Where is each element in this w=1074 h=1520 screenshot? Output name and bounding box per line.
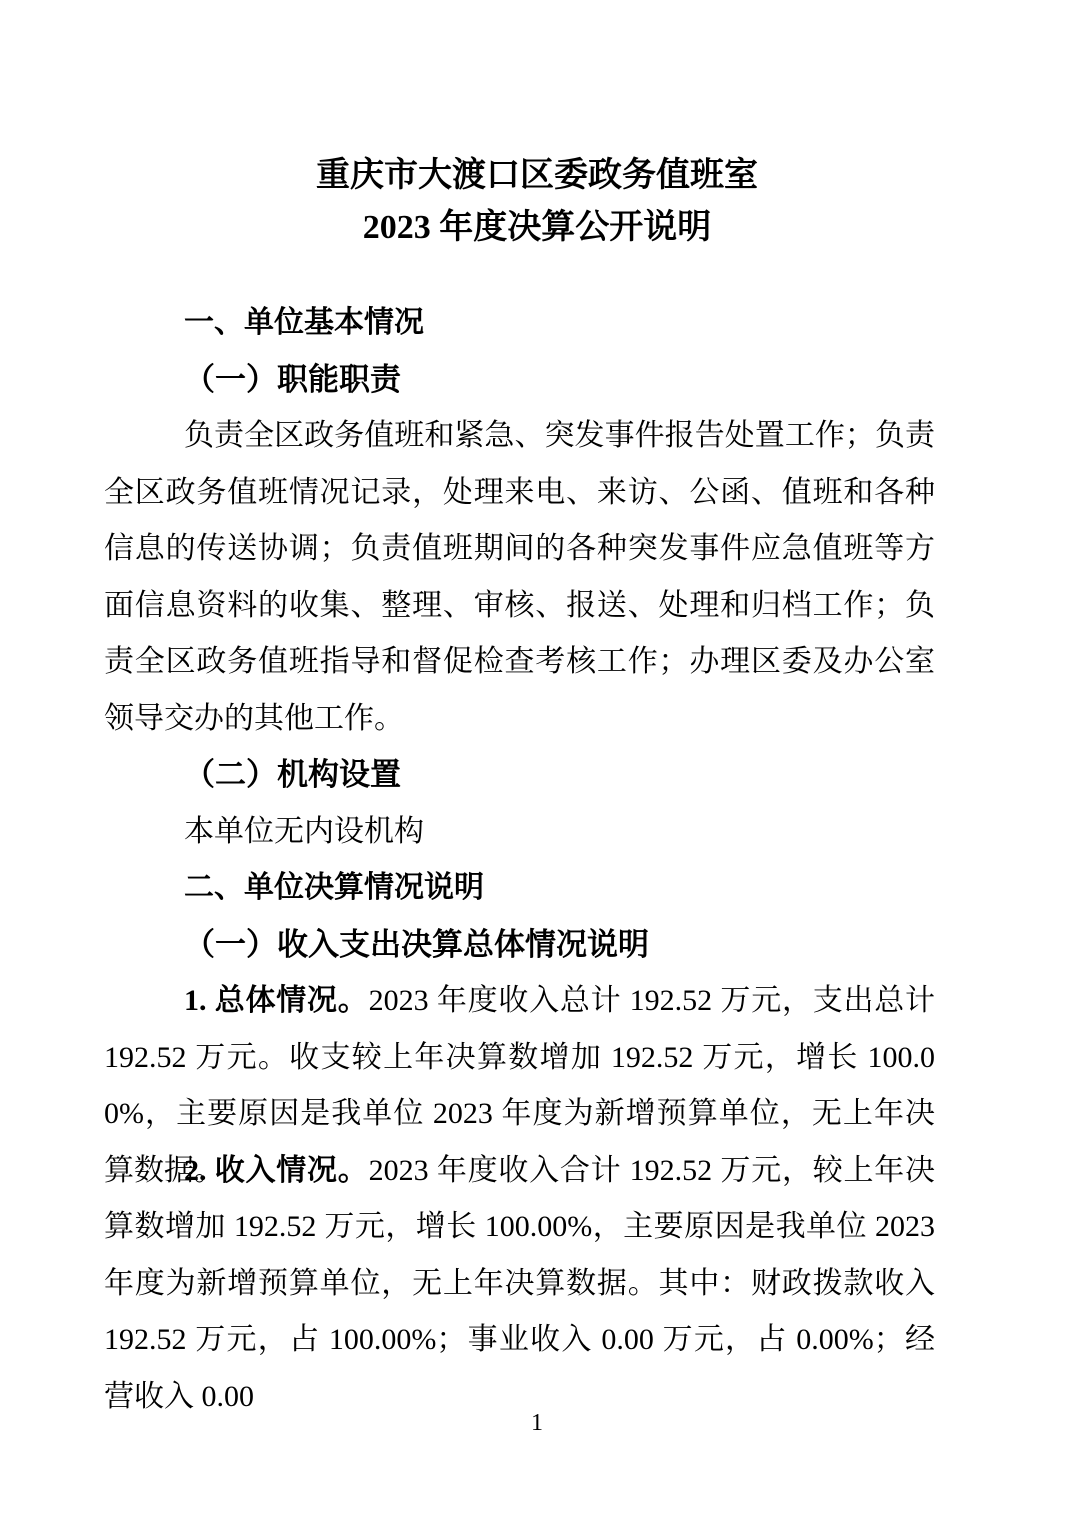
- paragraph-revenue-text: 2023 年度收入合计 192.52 万元，较上年决算数增加 192.52 万元…: [104, 1154, 935, 1413]
- heading-duties: （一）职能职责: [104, 352, 935, 409]
- paragraph-overall-situation: 1. 总体情况。2023 年度收入总计 192.52 万元，支出总计 192.5…: [104, 973, 935, 1143]
- paragraph-overall-lead: 1. 总体情况。: [184, 984, 369, 1017]
- document-title: 重庆市大渡口区委政务值班室 2023 年度决算公开说明: [0, 150, 1074, 254]
- document-body: 一、单位基本情况 （一）职能职责 负责全区政务值班和紧急、突发事件报告处置工作；…: [104, 295, 935, 1369]
- paragraph-revenue-situation: 2. 收入情况。2023 年度收入合计 192.52 万元，较上年决算数增加 1…: [104, 1143, 935, 1369]
- paragraph-org-setup: 本单位无内设机构: [104, 804, 935, 861]
- heading-revenue-expenditure-overview: （一）收入支出决算总体情况说明: [104, 917, 935, 974]
- paragraph-duties: 负责全区政务值班和紧急、突发事件报告处置工作；负责全区政务值班情况记录，处理来电…: [104, 408, 935, 747]
- page-number: 1: [0, 1408, 1074, 1438]
- title-line-1: 重庆市大渡口区委政务值班室: [0, 150, 1074, 202]
- paragraph-revenue-lead: 2. 收入情况。: [184, 1154, 369, 1187]
- title-line-2: 2023 年度决算公开说明: [0, 202, 1074, 254]
- heading-final-accounts: 二、单位决算情况说明: [104, 860, 935, 917]
- heading-unit-basic-info: 一、单位基本情况: [104, 295, 935, 352]
- document-page: 重庆市大渡口区委政务值班室 2023 年度决算公开说明 一、单位基本情况 （一）…: [0, 0, 1074, 1520]
- heading-org-setup: （二）机构设置: [104, 747, 935, 804]
